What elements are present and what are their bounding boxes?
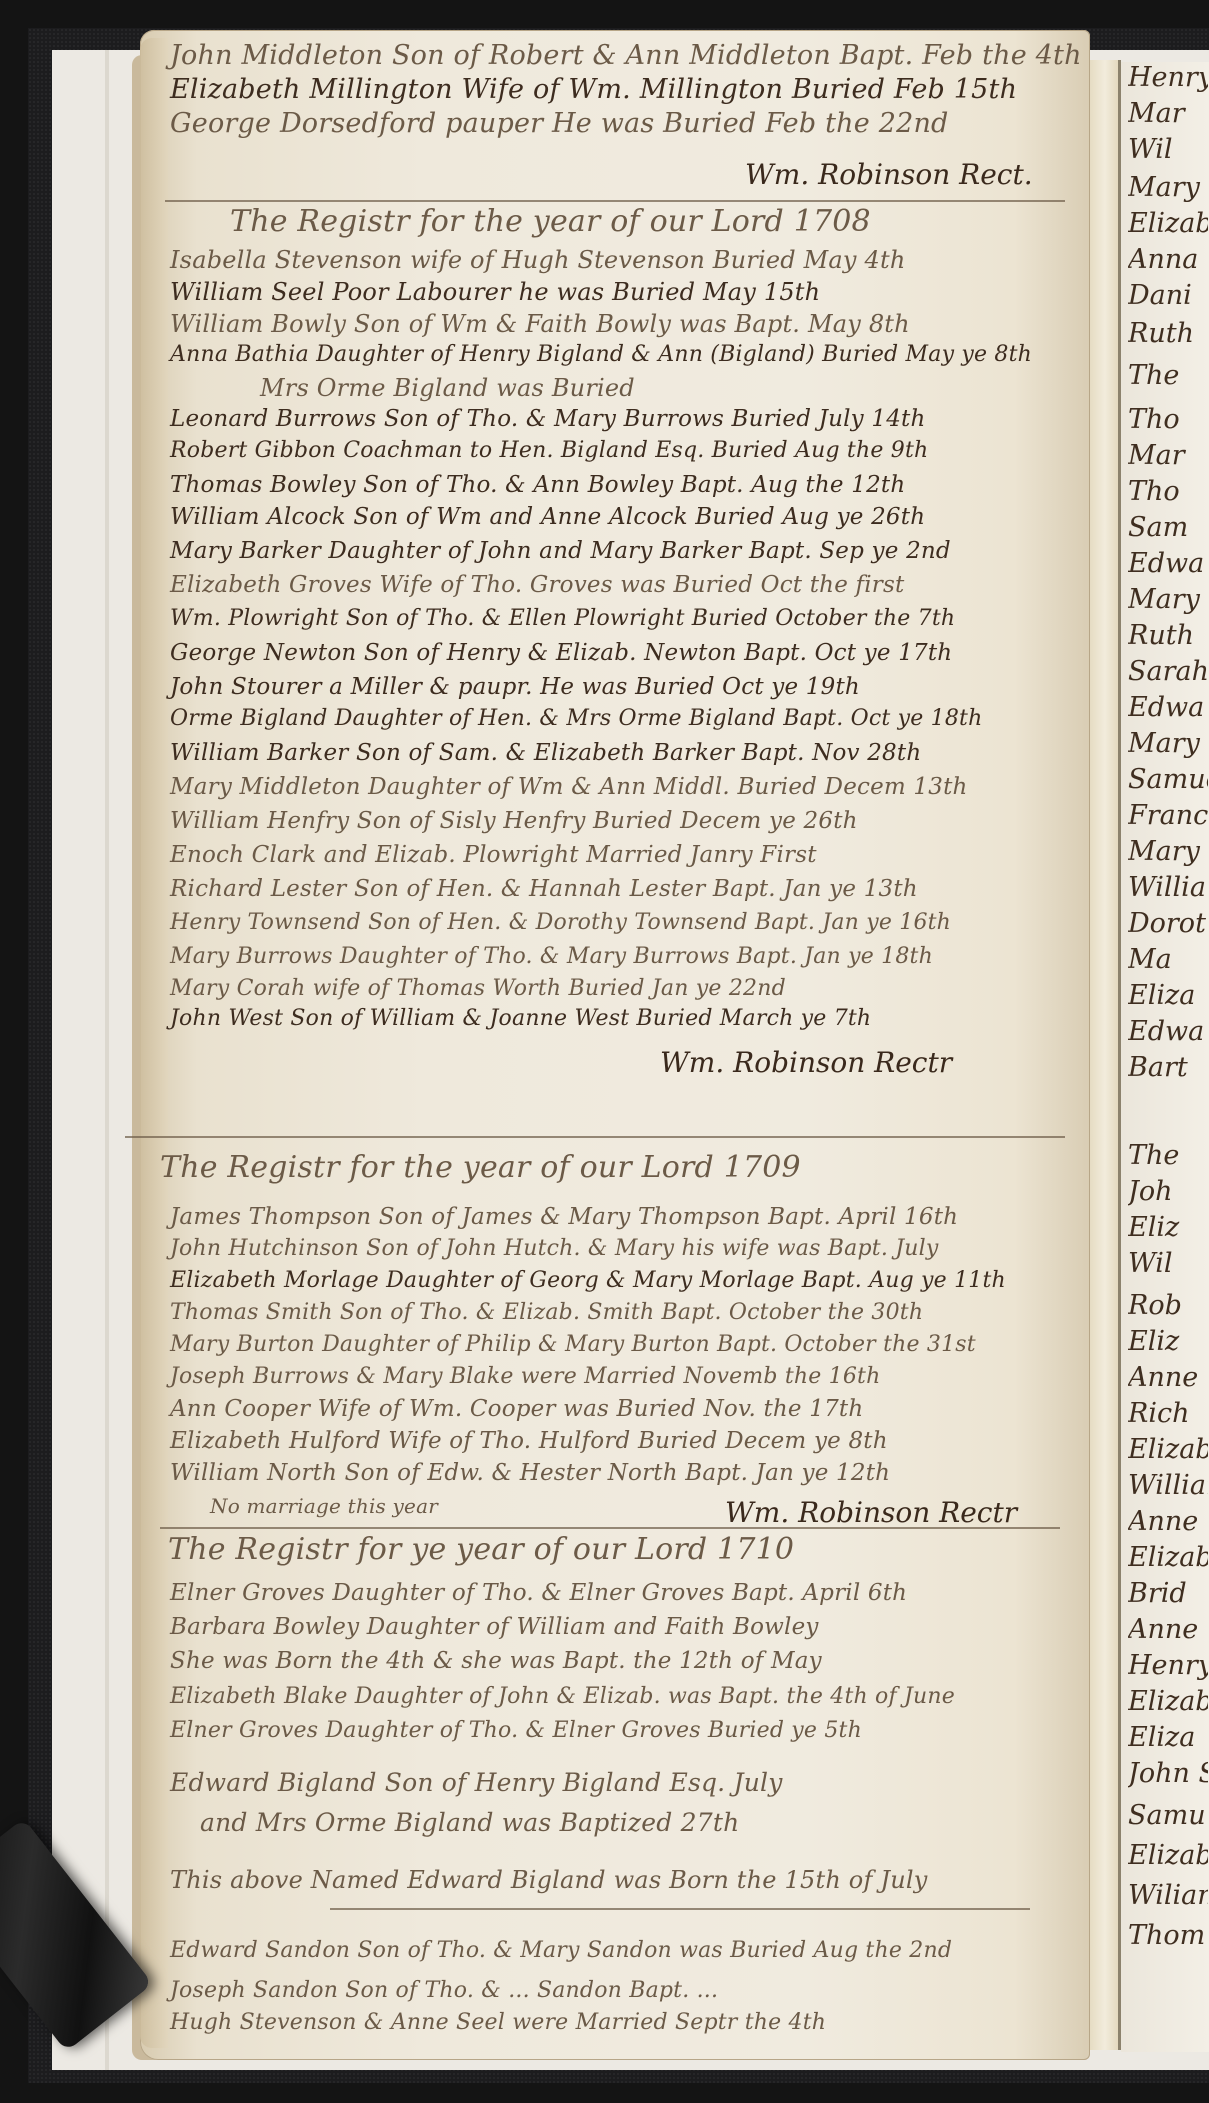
entry-line: Mary Burton Daughter of Philip & Mary Bu… <box>170 1332 976 1357</box>
rector-signature: Wm. Robinson Rectr <box>660 1046 952 1079</box>
entry-line: Robert Gibbon Coachman to Hen. Bigland E… <box>170 438 928 463</box>
entry-line: and Mrs Orme Bigland was Baptized 27th <box>200 1808 739 1837</box>
right-page-name: Ruth <box>1128 620 1208 651</box>
right-page-name: Henry <box>1128 62 1208 93</box>
right-page-name: Franc <box>1128 800 1208 831</box>
entry-line: Mrs Orme Bigland was Buried <box>260 374 635 402</box>
entry-line: Mary Burrows Daughter of Tho. & Mary Bur… <box>170 944 933 969</box>
right-page-name: Edwa <box>1128 692 1208 723</box>
right-page-name: Mar <box>1128 440 1208 471</box>
entry-line: Barbara Bowley Daughter of William and F… <box>170 1614 819 1640</box>
right-page-name: Anna <box>1128 244 1208 275</box>
section-divider <box>125 1136 1065 1138</box>
entry-line: She was Born the 4th & she was Bapt. the… <box>170 1648 822 1674</box>
right-page-name: Sarah <box>1128 656 1208 687</box>
right-page-name: Elizab <box>1128 1542 1208 1573</box>
section-divider <box>165 200 1065 202</box>
rector-signature: Wm. Robinson Rectr <box>725 1496 1017 1529</box>
right-page-name: Elizabe <box>1128 1840 1208 1871</box>
section-divider <box>160 1527 1060 1529</box>
right-page-name: Tho <box>1128 476 1208 507</box>
right-page-name: Edwa <box>1128 1016 1208 1047</box>
entry-line: No marriage this year <box>210 1494 438 1518</box>
right-page-name: Wiliam <box>1128 1880 1208 1911</box>
entry-line: John Middleton Son of Robert & Ann Middl… <box>170 40 1082 71</box>
right-page-name: Dorot <box>1128 908 1208 939</box>
entry-line: Elizabeth Blake Daughter of John & Eliza… <box>170 1684 955 1709</box>
right-page-name: Elizab <box>1128 1434 1208 1465</box>
right-page-name: Henry <box>1128 1650 1208 1681</box>
right-page-name: Brid <box>1128 1578 1208 1609</box>
right-page-name: Dani <box>1128 280 1208 311</box>
right-page-name: Elizab <box>1128 208 1208 239</box>
right-page-name: Samuel <box>1128 764 1208 795</box>
entry-line: John Hutchinson Son of John Hutch. & Mar… <box>170 1236 938 1261</box>
right-page-name: Rich <box>1128 1398 1208 1429</box>
entry-line: Elner Groves Daughter of Tho. & Elner Gr… <box>170 1718 862 1743</box>
right-page-name: Mary <box>1128 728 1208 759</box>
right-page-name: Ruth <box>1128 318 1208 349</box>
entry-line: Elizabeth Millington Wife of Wm. Milling… <box>170 74 1017 105</box>
entry-line: Joseph Sandon Son of Tho. & ... Sandon B… <box>170 1978 718 2003</box>
entry-line: Elizabeth Morlage Daughter of Georg & Ma… <box>170 1268 1006 1293</box>
right-page-name: Wil <box>1128 1248 1208 1279</box>
right-page-name: Edwa <box>1128 548 1208 579</box>
entry-line: Orme Bigland Daughter of Hen. & Mrs Orme… <box>170 706 982 731</box>
mount-fold-line <box>105 50 109 2070</box>
entry-line: Elizabeth Groves Wife of Tho. Groves was… <box>170 572 904 598</box>
rector-signature: Wm. Robinson Rect. <box>745 158 1033 191</box>
entry-line: William Barker Son of Sam. & Elizabeth B… <box>170 740 921 766</box>
entry-line: Joseph Burrows & Mary Blake were Married… <box>170 1364 880 1389</box>
entry-line: James Thompson Son of James & Mary Thomp… <box>170 1204 958 1230</box>
entry-line: William North Son of Edw. & Hester North… <box>170 1460 890 1486</box>
right-page-name: Eliza <box>1128 1722 1208 1753</box>
entry-line: Ann Cooper Wife of Wm. Cooper was Buried… <box>170 1396 863 1422</box>
right-page-name: The <box>1128 360 1208 391</box>
right-page-name: Mary <box>1128 836 1208 867</box>
entry-line: Mary Middleton Daughter of Wm & Ann Midd… <box>170 774 968 800</box>
right-page-name: William <box>1128 1470 1208 1501</box>
entry-line: Henry Townsend Son of Hen. & Dorothy Tow… <box>170 910 951 935</box>
entry-line: William Seel Poor Labourer he was Buried… <box>170 278 820 306</box>
page-edge <box>140 38 168 2048</box>
entry-line: This above Named Edward Bigland was Born… <box>170 1866 928 1894</box>
right-page-name: Anne <box>1128 1614 1208 1645</box>
right-page-name: Anne <box>1128 1506 1208 1537</box>
right-page-name: Samu <box>1128 1800 1208 1831</box>
entry-line: Thomas Smith Son of Tho. & Elizab. Smith… <box>170 1300 923 1325</box>
right-page-name: Willia <box>1128 872 1208 903</box>
right-page-name: Tho <box>1128 404 1208 435</box>
right-page-name: John S <box>1128 1758 1208 1789</box>
right-page-name: Thom <box>1128 1920 1208 1951</box>
right-page-name: Mary <box>1128 584 1208 615</box>
right-page-name: The <box>1128 1140 1208 1171</box>
right-page-name: Anne <box>1128 1362 1208 1393</box>
entry-line: William Alcock Son of Wm and Anne Alcock… <box>170 504 925 530</box>
section-heading-1709: The Registr for the year of our Lord 170… <box>160 1150 801 1185</box>
entry-line: George Dorsedford pauper He was Buried F… <box>170 108 949 139</box>
entry-line: William Bowly Son of Wm & Faith Bowly wa… <box>170 310 910 338</box>
entry-line: John Stourer a Miller & paupr. He was Bu… <box>170 674 860 700</box>
right-page-name: Mar <box>1128 98 1208 129</box>
right-page-name: Eliz <box>1128 1212 1208 1243</box>
right-page-name: Sam <box>1128 512 1208 543</box>
right-page-name: Joh <box>1128 1176 1208 1207</box>
right-page-name: Elizab <box>1128 1686 1208 1717</box>
right-page-name: Eliza <box>1128 980 1208 1011</box>
right-page-name: Bart <box>1128 1052 1208 1083</box>
entry-line: Isabella Stevenson wife of Hugh Stevenso… <box>170 246 906 274</box>
right-page-name: Rob <box>1128 1290 1208 1321</box>
section-divider <box>330 1908 1030 1910</box>
entry-line: Edward Sandon Son of Tho. & Mary Sandon … <box>170 1938 952 1963</box>
entry-line: Mary Barker Daughter of John and Mary Ba… <box>170 538 951 564</box>
entry-line: Elizabeth Hulford Wife of Tho. Hulford B… <box>170 1428 888 1454</box>
entry-line: Anna Bathia Daughter of Henry Bigland & … <box>170 342 1032 367</box>
entry-line: Leonard Burrows Son of Tho. & Mary Burro… <box>170 406 925 432</box>
entry-line: Edward Bigland Son of Henry Bigland Esq.… <box>170 1768 783 1797</box>
right-page-name: Wil <box>1128 134 1208 165</box>
right-page-name: Eliz <box>1128 1326 1208 1357</box>
right-page-name: Ma <box>1128 944 1208 975</box>
entry-line: Elner Groves Daughter of Tho. & Elner Gr… <box>170 1580 907 1606</box>
binding-stub <box>1090 60 1120 2050</box>
entry-line: Thomas Bowley Son of Tho. & Ann Bowley B… <box>170 472 905 498</box>
section-heading-1708: The Registr for the year of our Lord 170… <box>230 204 871 239</box>
entry-line: Mary Corah wife of Thomas Worth Buried J… <box>170 976 786 1001</box>
entry-line: George Newton Son of Henry & Elizab. New… <box>170 640 952 666</box>
entry-line: William Henfry Son of Sisly Henfry Burie… <box>170 808 858 834</box>
entry-line: John West Son of William & Joanne West B… <box>170 1006 871 1031</box>
entry-line: Wm. Plowright Son of Tho. & Ellen Plowri… <box>170 606 955 631</box>
section-heading-1710: The Registr for ye year of our Lord 1710 <box>168 1532 794 1567</box>
entry-line: Enoch Clark and Elizab. Plowright Marrie… <box>170 842 817 868</box>
entry-line: Hugh Stevenson & Anne Seel were Married … <box>170 2010 826 2035</box>
entry-line: Richard Lester Son of Hen. & Hannah Lest… <box>170 876 918 902</box>
right-page-name: Mary <box>1128 172 1208 203</box>
